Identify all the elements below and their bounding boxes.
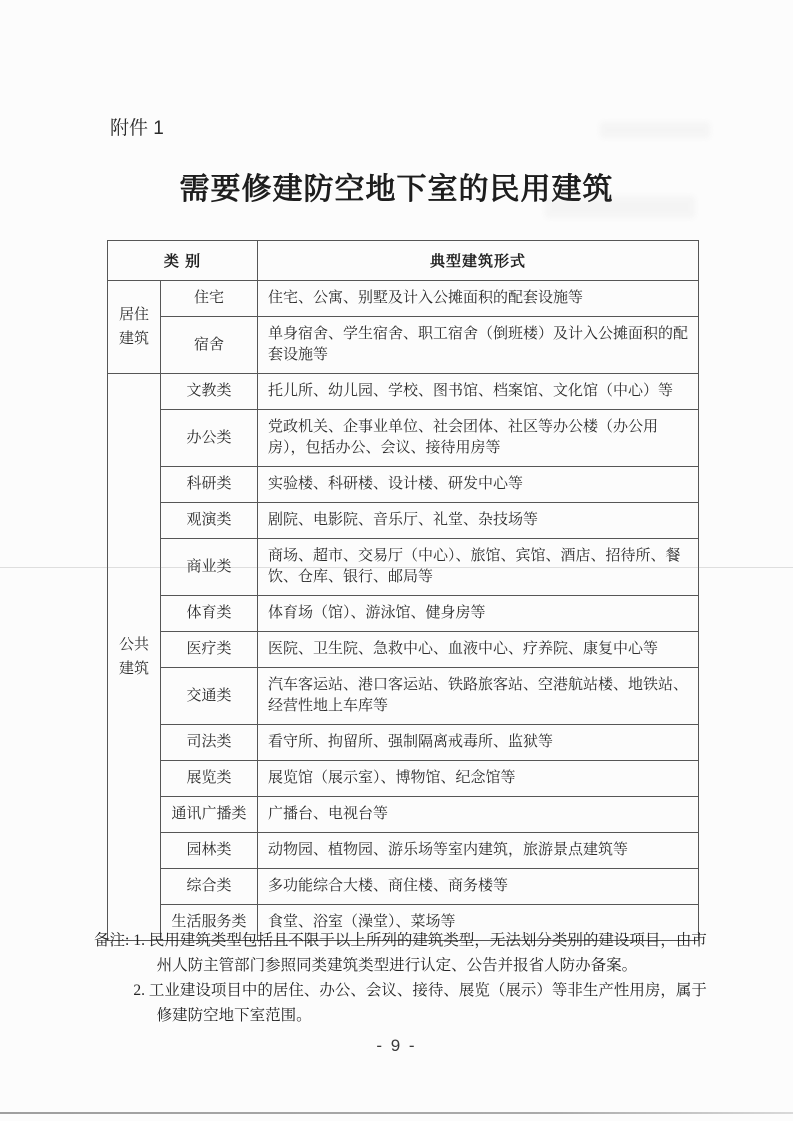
description-cell: 单身宿舍、学生宿舍、职工宿舍（倒班楼）及计入公摊面积的配套设施等	[258, 317, 699, 374]
description-cell: 托儿所、幼儿园、学校、图书馆、档案馆、文化馆（中心）等	[258, 374, 699, 410]
category-cell: 宿舍	[161, 317, 258, 374]
table-row: 交通类 汽车客运站、港口客运站、铁路旅客站、空港航站楼、地铁站、经营性地上车库等	[108, 668, 699, 725]
description-cell: 多功能综合大楼、商住楼、商务楼等	[258, 869, 699, 905]
table-row: 公共建筑 文教类 托儿所、幼儿园、学校、图书馆、档案馆、文化馆（中心）等	[108, 374, 699, 410]
description-cell: 住宅、公寓、别墅及计入公摊面积的配套设施等	[258, 281, 699, 317]
table-row: 综合类 多功能综合大楼、商住楼、商务楼等	[108, 869, 699, 905]
footnotes-label: 备注:	[94, 928, 129, 953]
table-row: 展览类 展览馆（展示室）、博物馆、纪念馆等	[108, 761, 699, 797]
header-category: 类 别	[108, 241, 258, 281]
category-cell: 体育类	[161, 596, 258, 632]
description-cell: 剧院、电影院、音乐厅、礼堂、杂技场等	[258, 503, 699, 539]
table-row: 司法类 看守所、拘留所、强制隔离戒毒所、监狱等	[108, 725, 699, 761]
group-cell-residential: 居住建筑	[108, 281, 161, 374]
category-cell: 医疗类	[161, 632, 258, 668]
category-cell: 园林类	[161, 833, 258, 869]
category-cell: 科研类	[161, 467, 258, 503]
table-row: 办公类 党政机关、企事业单位、社会团体、社区等办公楼（办公用房），包括办公、会议…	[108, 410, 699, 467]
category-cell: 展览类	[161, 761, 258, 797]
footnotes: 备注: 1. 民用建筑类型包括且不限于以上所列的建筑类型，无法划分类别的建设项目…	[94, 928, 710, 1028]
category-cell: 观演类	[161, 503, 258, 539]
table-header-row: 类 别 典型建筑形式	[108, 241, 699, 281]
table-row: 居住建筑 住宅 住宅、公寓、别墅及计入公摊面积的配套设施等	[108, 281, 699, 317]
description-cell: 党政机关、企事业单位、社会团体、社区等办公楼（办公用房），包括办公、会议、接待用…	[258, 410, 699, 467]
scan-fold-line	[0, 567, 793, 568]
header-typical-form: 典型建筑形式	[258, 241, 699, 281]
document-page: 附件 1 需要修建防空地下室的民用建筑 类 别 典型建筑形式 居住建筑 住宅 住…	[0, 0, 793, 1121]
group-cell-public: 公共建筑	[108, 374, 161, 941]
description-cell: 广播台、电视台等	[258, 797, 699, 833]
description-cell: 体育场（馆）、游泳馆、健身房等	[258, 596, 699, 632]
footnotes-list: 1. 民用建筑类型包括且不限于以上所列的建筑类型，无法划分类别的建设项目，由市州…	[133, 928, 710, 1028]
attachment-label: 附件 1	[110, 113, 164, 140]
page-number: - 9 -	[0, 1036, 793, 1056]
table-row: 宿舍 单身宿舍、学生宿舍、职工宿舍（倒班楼）及计入公摊面积的配套设施等	[108, 317, 699, 374]
table-row: 园林类 动物园、植物园、游乐场等室内建筑，旅游景点建筑等	[108, 833, 699, 869]
category-cell: 通讯广播类	[161, 797, 258, 833]
footnote-item: 1. 民用建筑类型包括且不限于以上所列的建筑类型，无法划分类别的建设项目，由市州…	[133, 928, 710, 978]
description-cell: 看守所、拘留所、强制隔离戒毒所、监狱等	[258, 725, 699, 761]
table-row: 科研类 实验楼、科研楼、设计楼、研发中心等	[108, 467, 699, 503]
category-cell: 住宅	[161, 281, 258, 317]
bleed-through-artifact	[545, 196, 695, 218]
description-cell: 动物园、植物园、游乐场等室内建筑，旅游景点建筑等	[258, 833, 699, 869]
category-cell: 办公类	[161, 410, 258, 467]
category-cell: 司法类	[161, 725, 258, 761]
footnote-item: 2. 工业建设项目中的居住、办公、会议、接待、展览（展示）等非生产性用房，属于修…	[133, 978, 710, 1028]
description-cell: 医院、卫生院、急救中心、血液中心、疗养院、康复中心等	[258, 632, 699, 668]
scan-bottom-edge	[0, 1112, 793, 1114]
table-row: 体育类 体育场（馆）、游泳馆、健身房等	[108, 596, 699, 632]
category-cell: 文教类	[161, 374, 258, 410]
description-cell: 展览馆（展示室）、博物馆、纪念馆等	[258, 761, 699, 797]
table-row: 通讯广播类 广播台、电视台等	[108, 797, 699, 833]
description-cell: 汽车客运站、港口客运站、铁路旅客站、空港航站楼、地铁站、经营性地上车库等	[258, 668, 699, 725]
building-types-table: 类 别 典型建筑形式 居住建筑 住宅 住宅、公寓、别墅及计入公摊面积的配套设施等…	[107, 240, 699, 941]
description-cell: 实验楼、科研楼、设计楼、研发中心等	[258, 467, 699, 503]
table-row: 医疗类 医院、卫生院、急救中心、血液中心、疗养院、康复中心等	[108, 632, 699, 668]
category-cell: 交通类	[161, 668, 258, 725]
bleed-through-artifact	[600, 122, 710, 138]
category-cell: 综合类	[161, 869, 258, 905]
table-row: 观演类 剧院、电影院、音乐厅、礼堂、杂技场等	[108, 503, 699, 539]
